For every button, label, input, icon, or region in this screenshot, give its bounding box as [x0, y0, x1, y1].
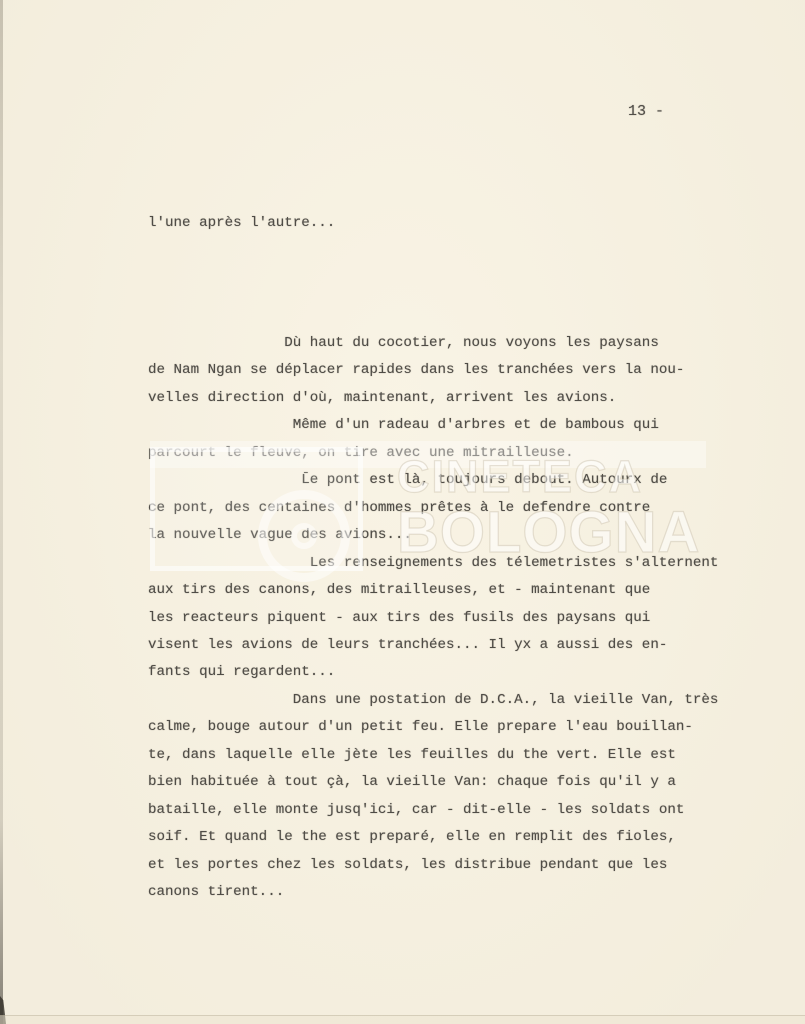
text-line: de Nam Ngan se déplacer rapides dans les…	[148, 357, 718, 384]
typescript-body: Dù haut du cocotier, nous voyons les pay…	[148, 330, 718, 907]
text-line: bien habituée à tout çà, la vieille Van:…	[148, 769, 718, 796]
text-line: les reacteurs piquent - aux tirs des fus…	[148, 605, 718, 632]
text-line: Dans une postation de D.C.A., la vieille…	[148, 687, 718, 714]
scanned-page: { "document": { "page_number": "13 -", "…	[0, 0, 805, 1024]
text-line: velles direction d'où, maintenant, arriv…	[148, 385, 718, 412]
text-line: bataille, elle monte jusq'ici, car - dit…	[148, 797, 718, 824]
text-line: aux tirs des canons, des mitrailleuses, …	[148, 577, 718, 604]
text-line: fants qui regardent...	[148, 659, 718, 686]
text-line: Même d'un radeau d'arbres et de bambous …	[148, 412, 718, 439]
scan-bottom-edge	[0, 1015, 805, 1024]
page-number: 13 -	[628, 103, 664, 120]
text-line: visent les avions de leurs tranchées... …	[148, 632, 718, 659]
text-line: la nouvelle vague des avions...	[148, 522, 718, 549]
opening-line: l'une après l'autre...	[148, 215, 335, 231]
text-line: canons tirent...	[148, 879, 718, 906]
text-line: et les portes chez les soldats, les dist…	[148, 852, 718, 879]
text-line: ce pont, des centaines d'hommes prêtes à…	[148, 495, 718, 522]
text-line: Dù haut du cocotier, nous voyons les pay…	[148, 330, 718, 357]
text-line: te, dans laquelle elle jète les feuilles…	[148, 742, 718, 769]
text-line: Les renseignements des télemetristes s'a…	[148, 550, 718, 577]
text-line: L̄e pont est là, toujours debout. Autour…	[148, 467, 718, 494]
scan-left-edge	[0, 0, 3, 1024]
text-line: soif. Et quand le the est preparé, elle …	[148, 824, 718, 851]
text-line: calme, bouge autour d'un petit feu. Elle…	[148, 714, 718, 741]
text-line: parcourt le fleuve, on tire avec une mit…	[148, 440, 718, 467]
scan-corner-shadow	[0, 996, 6, 1024]
